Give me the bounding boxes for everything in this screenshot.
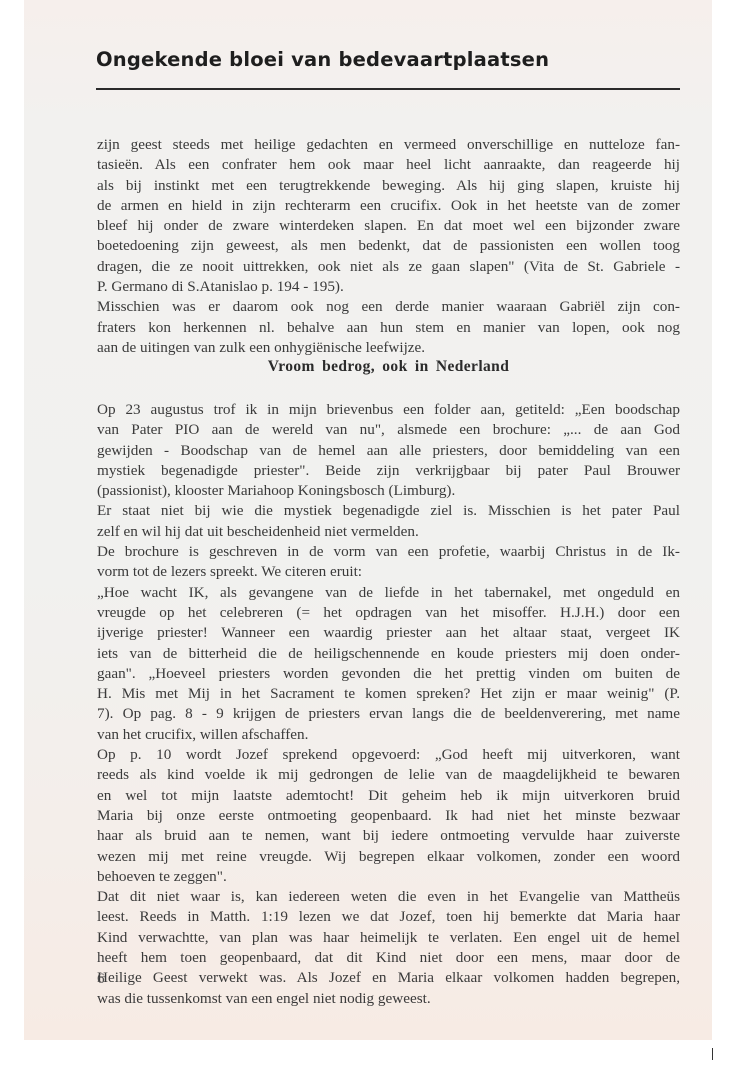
text-line: van het crucifix, willen afschaffen. [97, 725, 680, 745]
text-line: dragen, die ze nooit uittrekken, ook nie… [97, 257, 680, 277]
text-line: Op p. 10 wordt Jozef sprekend opgevoerd:… [97, 745, 680, 765]
scan-edge-mark [712, 1048, 713, 1060]
title-underline-rule [96, 88, 680, 90]
text-line: bleef hij onder de zware winterdeken sla… [97, 216, 680, 236]
text-line: P. Germano di S.Atanislao p. 194 - 195). [97, 277, 680, 297]
text-line: De brochure is geschreven in de vorm van… [97, 542, 680, 562]
text-line: van Pater PIO aan de wereld van nu", als… [97, 420, 680, 440]
text-line: H. Mis met Mij in het Sacrament te komen… [97, 684, 680, 704]
text-line: de armen en hield in zijn rechterarm een… [97, 196, 680, 216]
page-number: 6 [97, 970, 105, 988]
section-1-body: zijn geest steeds met heilige gedachten … [97, 135, 680, 358]
text-line: zelf en wil hij dat uit bescheidenheid n… [97, 522, 680, 542]
text-line: en wel tot mijn laatste ademtocht! Dit g… [97, 786, 680, 806]
text-line: gewijden - Boodschap van de hemel aan al… [97, 441, 680, 461]
text-line: vreugde op het celebreren (= het opdrage… [97, 603, 680, 623]
text-line: reeds als kind voelde ik mij gedrongen d… [97, 765, 680, 785]
section-2-body: Op 23 augustus trof ik in mijn brievenbu… [97, 400, 680, 1009]
text-line: zijn geest steeds met heilige gedachten … [97, 135, 680, 155]
text-line: Kind verwachtte, van plan was haar heime… [97, 928, 680, 948]
text-line: fraters kon herkennen nl. behalve aan hu… [97, 318, 680, 338]
text-line: vorm tot de lezers spreekt. We citeren e… [97, 562, 680, 582]
text-line: wezen mij met reine vreugde. Wij begrepe… [97, 847, 680, 867]
text-line: 7). Op pag. 8 - 9 krijgen de priesters e… [97, 704, 680, 724]
text-line: iets van de bitterheid die de heiligsche… [97, 644, 680, 664]
text-line: Misschien was er daarom ook nog een derd… [97, 297, 680, 317]
text-line: boetedoening zijn geweest, als men beden… [97, 236, 680, 256]
text-line: Er staat niet bij wie die mystiek begena… [97, 501, 680, 521]
text-line: „Hoe wacht IK, als gevangene van de lief… [97, 583, 680, 603]
page-title: Ongekende bloei van bedevaartplaatsen [96, 48, 549, 71]
text-line: Dat dit niet waar is, kan iedereen weten… [97, 887, 680, 907]
text-line: Op 23 augustus trof ik in mijn brievenbu… [97, 400, 680, 420]
section-subheading: Vroom bedrog, ook in Nederland [97, 358, 680, 376]
text-line: als bij instinkt met een terugtrekkende … [97, 176, 680, 196]
text-line: mystiek begenadigde priester". Beide zij… [97, 461, 680, 481]
text-line: gaan". „Hoeveel priesters worden gevonde… [97, 664, 680, 684]
text-line: Maria bij onze eerste ontmoeting geopenb… [97, 806, 680, 826]
text-line: ijverige priester! Wanneer een waardig p… [97, 623, 680, 643]
text-line: behoeven te zeggen". [97, 867, 680, 887]
text-line: (passionist), klooster Mariahoop Konings… [97, 481, 680, 501]
text-line: haar als bruid aan te nemen, want bij ie… [97, 826, 680, 846]
text-line: Heilige Geest verwekt was. Als Jozef en … [97, 968, 680, 988]
text-line: leest. Reeds in Matth. 1:19 lezen we dat… [97, 907, 680, 927]
text-line: was die tussenkomst van een engel niet n… [97, 989, 680, 1009]
text-line: tasieën. Als een confrater hem ook maar … [97, 155, 680, 175]
text-line: heeft hem toen geopenbaard, dat dit Kind… [97, 948, 680, 968]
text-line: aan de uitingen van zulk een onhygiënisc… [97, 338, 680, 358]
